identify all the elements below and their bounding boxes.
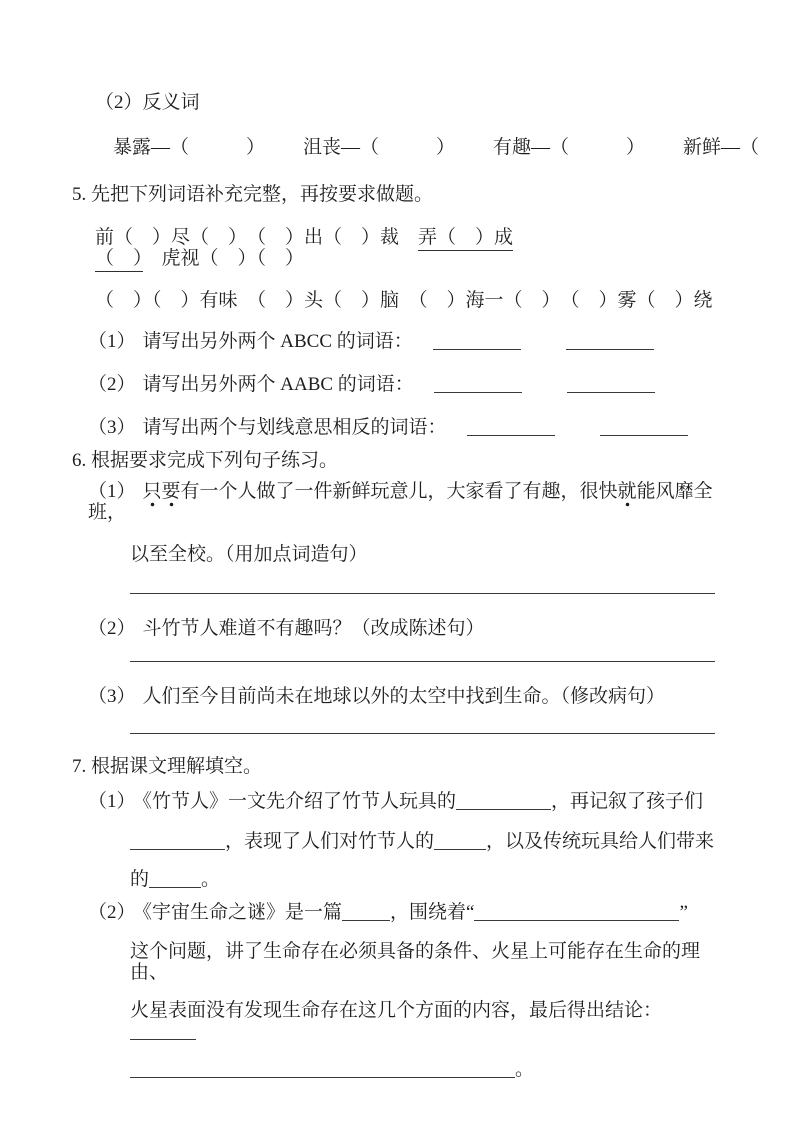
sentence-text: 人们至今目前尚未在地球以外的太空中找到生命。（修改病句） xyxy=(143,686,666,707)
item-marker: （3） xyxy=(88,417,136,438)
fill-text: 《宇宙生命之谜》是一篇 xyxy=(143,902,343,923)
blank-line xyxy=(434,834,486,850)
q7-sub2-line3: 火星表面没有发现生命存在这几个方面的内容，最后得出结论： xyxy=(130,1000,715,1042)
q5-idiom-row-2: （ ）（ ）有味 （ ）头（ ）脑 （ ）海一（ ） （ ）雾（ ）绕 xyxy=(95,290,715,311)
antonym-pair: 沮丧—（ ） xyxy=(303,137,455,158)
q7-sub1-line2: ，表现了人们对竹节人的，以及传统玩具给人们带来 xyxy=(130,831,715,852)
antonyms-heading: （2）反义词 xyxy=(95,92,715,113)
item-marker: （1） xyxy=(88,791,136,812)
q5-idiom-row-1: 前（ ）尽（ ） （ ）出（ ）裁 弄（ ）成（ ） 虎视（ ）（ ） xyxy=(95,227,715,269)
idiom-text: 虎视（ ）（ ） xyxy=(143,248,305,269)
item-marker: （2） xyxy=(88,618,136,639)
blank-line xyxy=(130,834,225,850)
item-marker: （2） xyxy=(88,902,136,923)
q7-sub2-line4: 。 xyxy=(130,1059,715,1080)
fill-text: ，以及传统玩具给人们带来 xyxy=(486,831,714,852)
fill-text: 《竹节人》一文先介绍了竹节人玩具的 xyxy=(143,791,457,812)
q6-sub-2: （2）斗竹节人难道不有趣吗？（改成陈述句） xyxy=(88,618,715,639)
q5-sub-label: 请写出另外两个 ABCC 的词语： xyxy=(143,331,413,352)
q5-sub-3: （3）请写出两个与划线意思相反的词语： xyxy=(88,417,715,438)
blank-line xyxy=(567,377,655,393)
blank-line xyxy=(342,905,390,921)
blank-line xyxy=(566,334,654,350)
blank-line xyxy=(130,1062,515,1078)
item-marker: （2） xyxy=(88,374,136,395)
q5-heading: 5. 先把下列词语补充完整，再按要求做题。 xyxy=(72,184,715,205)
fill-text: ，围绕着“ xyxy=(390,902,474,923)
blank-line xyxy=(130,1024,196,1040)
blank-line xyxy=(434,377,522,393)
blank-line xyxy=(600,420,688,436)
emphasized-word: 只要 xyxy=(143,481,181,507)
antonym-pair: 有趣—（ ） xyxy=(493,137,645,158)
q7-sub2-line1: （2）《宇宙生命之谜》是一篇，围绕着“” xyxy=(88,902,715,923)
fill-text: 。 xyxy=(515,1059,534,1080)
worksheet-page: （2）反义词 暴露—（ ）沮丧—（ ）有趣—（ ）新鲜—（ ） 5. 先把下列词… xyxy=(0,0,793,1122)
q7-sub1-line3: 的。 xyxy=(130,869,715,890)
q6-heading: 6. 根据要求完成下列句子练习。 xyxy=(72,450,715,471)
fill-text: 火星表面没有发现生命存在这几个方面的内容，最后得出结论： xyxy=(130,1000,662,1021)
answer-line xyxy=(130,661,715,662)
antonym-pair: 暴露—（ ） xyxy=(113,137,265,158)
q6-sub-3: （3）人们至今目前尚未在地球以外的太空中找到生命。（修改病句） xyxy=(88,686,715,707)
fill-text: ” xyxy=(679,902,687,923)
blank-line xyxy=(456,794,551,810)
item-marker: （3） xyxy=(88,686,136,707)
answer-line xyxy=(130,593,715,594)
q5-sub-1: （1）请写出另外两个 ABCC 的词语： xyxy=(88,331,715,352)
idiom-text: 前（ ）尽（ ） （ ）出（ ）裁 xyxy=(95,227,418,248)
emphasized-word: 就 xyxy=(618,481,637,507)
antonym-pair: 新鲜—（ ） xyxy=(683,137,793,158)
fill-text: ，表现了人们对竹节人的 xyxy=(225,831,434,852)
fill-text: ，再记叙了孩子们 xyxy=(551,791,703,812)
q5-sub-2: （2）请写出另外两个 AABC 的词语： xyxy=(88,374,715,395)
q7-heading: 7. 根据课文理解填空。 xyxy=(72,756,715,777)
sentence-text: 斗竹节人难道不有趣吗？（改成陈述句） xyxy=(143,618,485,639)
blank-line xyxy=(149,872,201,888)
item-marker: （1） xyxy=(88,481,136,502)
fill-text: 。 xyxy=(201,869,220,890)
fill-text: 的 xyxy=(130,869,149,890)
q7-sub1-line1: （1）《竹节人》一文先介绍了竹节人玩具的，再记叙了孩子们 xyxy=(88,791,715,812)
answer-line xyxy=(130,733,715,734)
q7-sub2-line2: 这个问题，讲了生命存在必须具备的条件、火星上可能存在生命的理由、 xyxy=(130,941,715,983)
q5-sub-label: 请写出另外两个 AABC 的词语： xyxy=(143,374,414,395)
q6-sub1-line2: 以至全校。（用加点词造句） xyxy=(130,544,715,565)
item-marker: （1） xyxy=(88,331,136,352)
sentence-text: 有一个人做了一件新鲜玩意儿，大家看了有趣，很快 xyxy=(181,481,618,502)
blank-line xyxy=(474,905,679,921)
q6-sub1-line1: （1）只要有一个人做了一件新鲜玩意儿，大家看了有趣，很快就能风靡全班， xyxy=(88,481,715,523)
blank-line xyxy=(467,420,555,436)
q5-sub-label: 请写出两个与划线意思相反的词语： xyxy=(143,417,447,438)
antonyms-row: 暴露—（ ）沮丧—（ ）有趣—（ ）新鲜—（ ） xyxy=(113,137,715,158)
blank-line xyxy=(433,334,521,350)
